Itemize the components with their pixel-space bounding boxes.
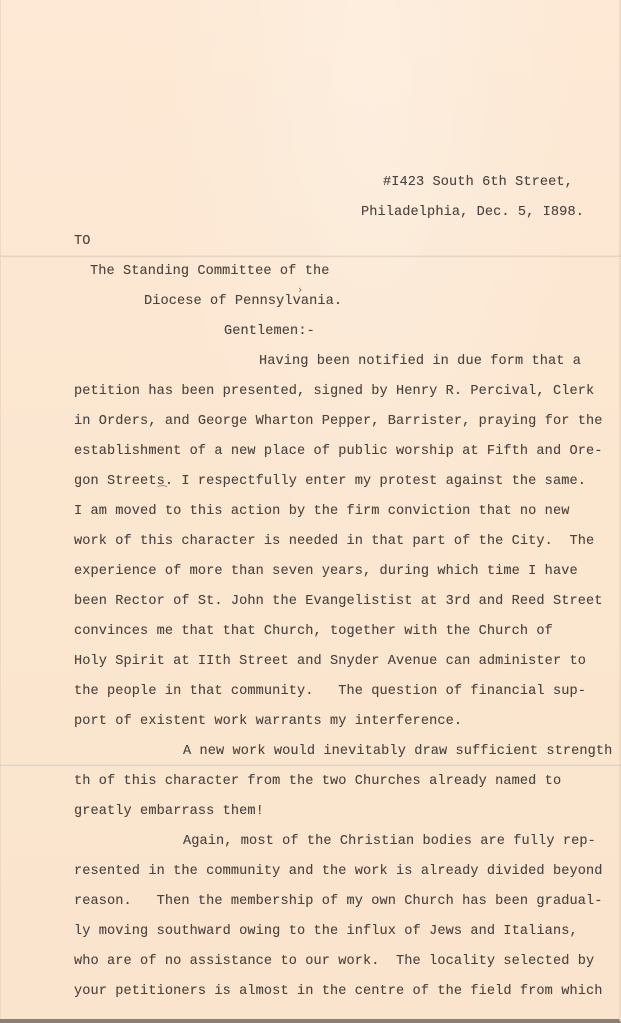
body-line: in Orders, and George Wharton Pepper, Ba…: [74, 414, 602, 430]
body-line: port of existent work warrants my interf…: [74, 714, 462, 730]
body-line: work of this character is needed in that…: [74, 534, 594, 550]
body-line: Having been notified in due form that a: [259, 354, 581, 370]
address-street: #I423 South 6th Street,: [383, 175, 573, 191]
recipient-line-2: Diocese of Pennsylvania.: [144, 294, 342, 310]
body-line: reason. Then the membership of my own Ch…: [74, 894, 602, 910]
body-line: A new work would inevitably draw suffici…: [183, 744, 612, 760]
ink-speck-mark: ›: [298, 283, 302, 296]
body-line: who are of no assistance to our work. Th…: [74, 954, 594, 970]
body-line: Again, most of the Christian bodies are …: [183, 834, 596, 850]
address-city-date: Philadelphia, Dec. 5, I898.: [361, 205, 584, 221]
body-line: gon Streets. I respectfully enter my pro…: [74, 474, 586, 490]
body-line: resented in the community and the work i…: [74, 864, 602, 880]
body-line: been Rector of St. John the Evangelistis…: [74, 594, 602, 610]
body-line: convinces me that that Church, together …: [74, 624, 553, 640]
body-line: Holy Spirit at IIth Street and Snyder Av…: [74, 654, 586, 670]
body-line: ly moving southward owing to the influx …: [74, 924, 578, 940]
recipient-line-1: The Standing Committee of the: [90, 264, 329, 280]
letter-page: #I423 South 6th Street, Philadelphia, De…: [0, 0, 621, 1023]
greeting: Gentlemen:-: [224, 324, 315, 340]
body-line: your petitioners is almost in the centre…: [74, 984, 602, 1000]
body-line: establishment of a new place of public w…: [74, 444, 602, 460]
body-line: I am moved to this action by the firm co…: [74, 504, 569, 520]
body-line: petition has been presented, signed by H…: [74, 384, 594, 400]
body-line: greatly embarrass them!: [74, 804, 264, 820]
paper-fold-line: [0, 764, 621, 767]
salutation-to: TO: [74, 234, 91, 250]
body-line: th of this character from the two Church…: [74, 774, 561, 790]
body-line: the people in that community. The questi…: [74, 684, 586, 700]
paper-fold-line: [0, 255, 621, 258]
pencil-mark: ⁀: [158, 485, 167, 498]
body-line: experience of more than seven years, dur…: [74, 564, 578, 580]
